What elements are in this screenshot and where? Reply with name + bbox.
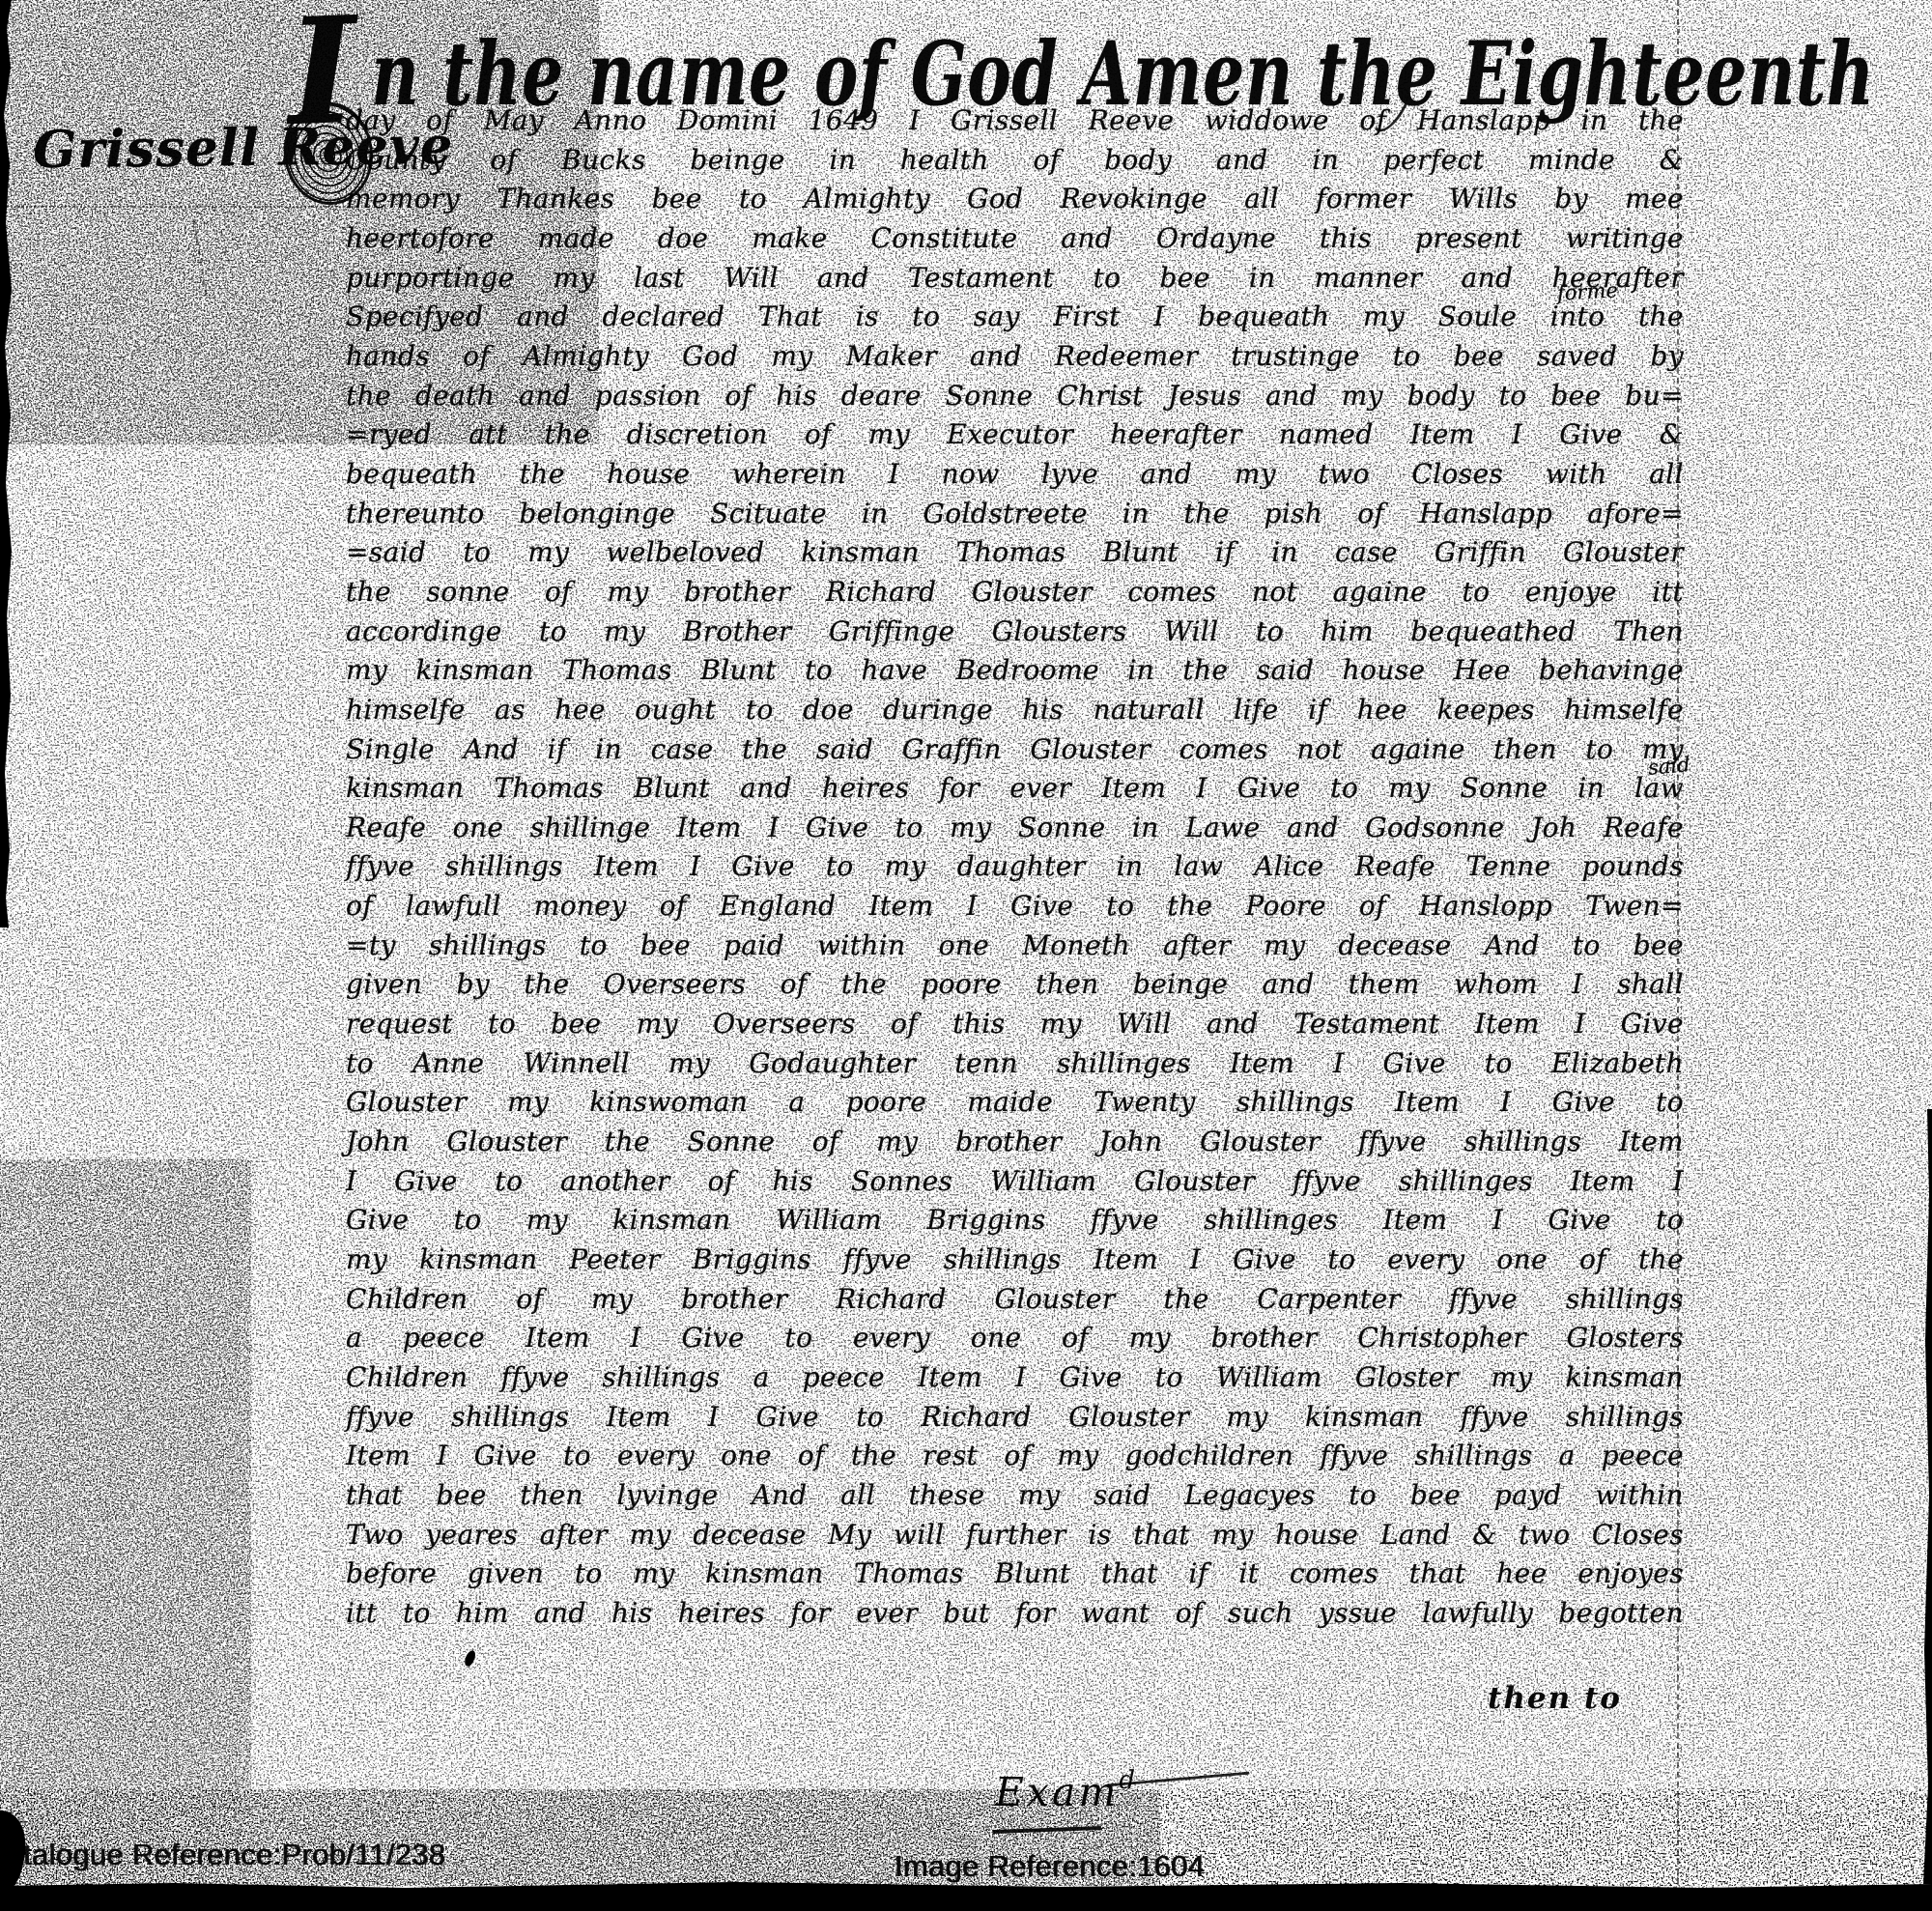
body-line: Two yeares after my decease My will furt… — [346, 1519, 1684, 1558]
pen-trail-line — [193, 218, 207, 295]
right-edge-scan-artifact — [1923, 1109, 1932, 1884]
body-line: that bee then lyvinge And all these my s… — [346, 1479, 1684, 1519]
bottom-scan-bar — [0, 1880, 1932, 1911]
interlinear-insertion-said: said — [1647, 753, 1690, 780]
body-line: my kinsman Thomas Blunt to have Bedroome… — [346, 654, 1684, 694]
illuminated-initial: I — [286, 13, 358, 130]
margin-annotation-testator-name: Grissell Reeve — [33, 116, 454, 181]
body-line: itt to him and his heires for ever but f… — [346, 1597, 1684, 1637]
body-line: given by the Overseers of the poore then… — [346, 968, 1684, 1008]
body-line: =ryed att the discretion of my Executor … — [346, 418, 1684, 458]
catchword: then to — [1488, 1681, 1622, 1716]
examined-note-underline — [993, 1826, 1101, 1834]
heading-text: n the name of God Amen the Eighteenth — [371, 23, 1874, 127]
body-line: Single And if in case the said Graffin G… — [346, 733, 1684, 773]
ink-blot — [464, 1649, 477, 1668]
body-line: himselfe as hee ought to doe duringe his… — [346, 694, 1684, 733]
body-line: heertofore made doe make Constitute and … — [346, 222, 1684, 262]
body-line: I Give to another of his Sonnes William … — [346, 1165, 1684, 1205]
body-line: hands of Almighty God my Maker and Redee… — [346, 340, 1684, 380]
body-line: of lawfull money of England Item I Give … — [346, 890, 1684, 929]
image-reference-label: Image Reference:1604 — [895, 1849, 1205, 1884]
body-line: to Anne Winnell my Godaughter tenn shill… — [346, 1047, 1684, 1087]
body-line: the sonne of my brother Richard Glouster… — [346, 576, 1684, 615]
body-line: bequeath the house wherein I now lyve an… — [346, 458, 1684, 498]
document-heading: I n the name of God Amen the Eighteenth — [288, 14, 1875, 129]
will-body-text: day of May Anno Domini 1649 I Grissell R… — [346, 104, 1684, 1637]
body-line: memory Thankes bee to Almighty God Revok… — [346, 183, 1684, 222]
will-document-page: I n the name of God Amen the Eighteenth … — [0, 0, 1932, 1911]
body-line: kinsman Thomas Blunt and heires for ever… — [346, 772, 1684, 812]
body-line: Item I Give to every one of the rest of … — [346, 1440, 1684, 1479]
body-line: ffyve shillings Item I Give to Richard G… — [346, 1401, 1684, 1440]
body-line: Children ffyve shillings a peece Item I … — [346, 1361, 1684, 1401]
body-line: ffyve shillings Item I Give to my daught… — [346, 850, 1684, 890]
body-line: Glouster my kinswoman a poore maide Twen… — [346, 1086, 1684, 1126]
body-line: before given to my kinsman Thomas Blunt … — [346, 1557, 1684, 1597]
body-line: thereunto belonginge Scituate in Goldstr… — [346, 498, 1684, 537]
noise-footer-band-right — [1159, 1789, 1932, 1886]
body-line: Reafe one shillinge Item I Give to my So… — [346, 812, 1684, 851]
body-line: Give to my kinsman William Briggins ffyv… — [346, 1204, 1684, 1243]
body-line: John Glouster the Sonne of my brother Jo… — [346, 1126, 1684, 1165]
noise-bottom-left — [0, 1159, 251, 1894]
horizontal-crease-line — [0, 206, 359, 208]
body-line: =said to my welbeloved kinsman Thomas Bl… — [346, 536, 1684, 576]
body-line: County of Bucks beinge in health of body… — [346, 144, 1684, 184]
body-line: =ty shillings to bee paid within one Mon… — [346, 929, 1684, 969]
body-line: accordinge to my Brother Griffinge Glous… — [346, 615, 1684, 655]
body-line: my kinsman Peeter Briggins ffyve shillin… — [346, 1243, 1684, 1283]
body-line: the death and passion of his deare Sonne… — [346, 380, 1684, 419]
body-line: request to bee my Overseers of this my W… — [346, 1008, 1684, 1047]
catalogue-reference-label: Catalogue Reference:Prob/11/238 — [0, 1838, 446, 1872]
body-line: a peece Item I Give to every one of my b… — [346, 1322, 1684, 1361]
examined-note-main: Exam — [995, 1769, 1119, 1815]
interlinear-insertion-forme: forme — [1556, 278, 1618, 304]
left-edge-scan-artifact — [0, 0, 13, 927]
body-line: Specifyed and declared That is to say Fi… — [346, 300, 1684, 340]
body-line: purportinge my last Will and Testament t… — [346, 262, 1684, 301]
body-line: Children of my brother Richard Glouster … — [346, 1283, 1684, 1323]
